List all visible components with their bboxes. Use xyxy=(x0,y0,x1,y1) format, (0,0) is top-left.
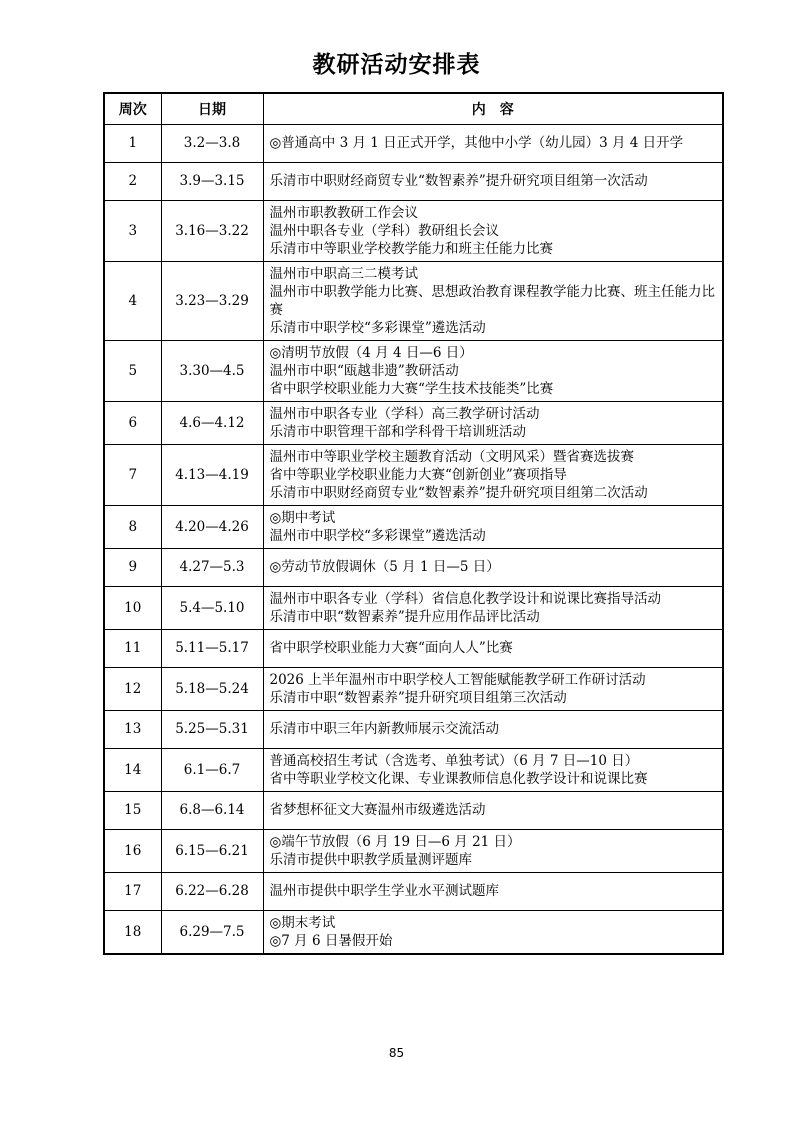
content-line: 乐清市中等职业学校教学能力和班主任能力比赛 xyxy=(270,240,721,258)
content-line: 乐清市中职管理干部和学科骨干培训班活动 xyxy=(270,423,721,441)
table-row: 2 3.9—3.15 乐清市中职财经商贸专业“数智素养”提升研究项目组第一次活动 xyxy=(104,162,723,200)
table-row: 10 5.4—5.10 温州市中职各专业（学科）省信息化教学设计和说课比赛指导活… xyxy=(104,586,723,629)
content-cell: 温州市职教教研工作会议温州中职各专业（学科）教研组长会议乐清市中等职业学校教学能… xyxy=(263,200,723,261)
content-line: 乐清市中职学校“多彩课堂”遴选活动 xyxy=(270,319,721,337)
week-cell: 2 xyxy=(104,162,161,200)
date-cell: 3.2—3.8 xyxy=(161,124,263,162)
content-cell: ◎劳动节放假调休（5 月 1 日—5 日） xyxy=(263,548,723,586)
date-cell: 4.20—4.26 xyxy=(161,505,263,548)
week-cell: 9 xyxy=(104,548,161,586)
content-line: 2026 上半年温州市中职学校人工智能赋能教学研工作研讨活动 xyxy=(270,671,721,689)
table-row: 16 6.15—6.21 ◎端午节放假（6 月 19 日—6 月 21 日）乐清… xyxy=(104,829,723,872)
week-cell: 14 xyxy=(104,748,161,791)
week-cell: 12 xyxy=(104,667,161,710)
content-line: 乐清市中职财经商贸专业“数智素养”提升研究项目组第一次活动 xyxy=(270,172,721,190)
table-row: 14 6.1—6.7 普通高校招生考试（含选考、单独考试）（6 月 7 日—10… xyxy=(104,748,723,791)
content-line: 温州市职教教研工作会议 xyxy=(270,204,721,222)
week-cell: 13 xyxy=(104,710,161,748)
week-cell: 3 xyxy=(104,200,161,261)
date-cell: 5.11—5.17 xyxy=(161,629,263,667)
header-content: 内 容 xyxy=(263,93,723,124)
content-line: ◎期末考试 xyxy=(270,914,721,932)
content-line: 乐清市提供中职教学质量测评题库 xyxy=(270,851,721,869)
content-line: 乐清市中职财经商贸专业“数智素养”提升研究项目组第二次活动 xyxy=(270,484,721,502)
content-line: 省中等职业学校职业能力大赛“创新创业”赛项指导 xyxy=(270,466,721,484)
week-cell: 11 xyxy=(104,629,161,667)
content-line: 乐清市中职“数智素养”提升研究项目组第三次活动 xyxy=(270,689,721,707)
content-cell: ◎清明节放假（4 月 4 日—6 日）温州市中职“瓯越非遗”教研活动省中职学校职… xyxy=(263,340,723,401)
table-row: 8 4.20—4.26 ◎期中考试温州市中职学校“多彩课堂”遴选活动 xyxy=(104,505,723,548)
content-cell: ◎普通高中 3 月 1 日正式开学，其他中小学（幼儿园）3 月 4 日开学 xyxy=(263,124,723,162)
date-cell: 5.4—5.10 xyxy=(161,586,263,629)
date-cell: 3.23—3.29 xyxy=(161,261,263,340)
content-line: ◎清明节放假（4 月 4 日—6 日） xyxy=(270,344,721,362)
content-line: ◎7 月 6 日暑假开始 xyxy=(270,932,721,950)
content-cell: ◎期中考试温州市中职学校“多彩课堂”遴选活动 xyxy=(263,505,723,548)
content-cell: 2026 上半年温州市中职学校人工智能赋能教学研工作研讨活动乐清市中职“数智素养… xyxy=(263,667,723,710)
content-line: 温州中职各专业（学科）教研组长会议 xyxy=(270,222,721,240)
table-row: 7 4.13—4.19 温州市中等职业学校主题教育活动（文明风采）暨省赛选拔赛省… xyxy=(104,444,723,505)
week-cell: 18 xyxy=(104,910,161,954)
date-cell: 4.27—5.3 xyxy=(161,548,263,586)
content-line: ◎期中考试 xyxy=(270,509,721,527)
content-line: 温州市中职教学能力比赛、思想政治教育课程教学能力比赛、班主任能力比赛 xyxy=(270,283,721,319)
header-date: 日期 xyxy=(161,93,263,124)
content-line: 省中职学校职业能力大赛“面向人人”比赛 xyxy=(270,639,721,657)
content-line: 乐清市中职“数智素养”提升应用作品评比活动 xyxy=(270,608,721,626)
table-row: 9 4.27—5.3 ◎劳动节放假调休（5 月 1 日—5 日） xyxy=(104,548,723,586)
content-line: 温州市中职高三二模考试 xyxy=(270,265,721,283)
table-row: 6 4.6—4.12 温州市中职各专业（学科）高三教学研讨活动乐清市中职管理干部… xyxy=(104,401,723,444)
table-row: 12 5.18—5.24 2026 上半年温州市中职学校人工智能赋能教学研工作研… xyxy=(104,667,723,710)
header-row: 周次 日期 内 容 xyxy=(104,93,723,124)
week-cell: 5 xyxy=(104,340,161,401)
content-line: 温州市中职各专业（学科）高三教学研讨活动 xyxy=(270,405,721,423)
date-cell: 4.6—4.12 xyxy=(161,401,263,444)
table-row: 17 6.22—6.28 温州市提供中职学生学业水平测试题库 xyxy=(104,872,723,910)
content-cell: 温州市中职各专业（学科）高三教学研讨活动乐清市中职管理干部和学科骨干培训班活动 xyxy=(263,401,723,444)
schedule-table: 周次 日期 内 容 1 3.2—3.8 ◎普通高中 3 月 1 日正式开学，其他… xyxy=(103,92,724,955)
week-cell: 8 xyxy=(104,505,161,548)
date-cell: 6.1—6.7 xyxy=(161,748,263,791)
date-cell: 6.22—6.28 xyxy=(161,872,263,910)
content-line: 温州市中职“瓯越非遗”教研活动 xyxy=(270,362,721,380)
table-row: 15 6.8—6.14 省梦想杯征文大赛温州市级遴选活动 xyxy=(104,791,723,829)
date-cell: 4.13—4.19 xyxy=(161,444,263,505)
content-line: 省中职学校职业能力大赛“学生技术技能类”比赛 xyxy=(270,380,721,398)
content-cell: 温州市提供中职学生学业水平测试题库 xyxy=(263,872,723,910)
content-line: 温州市中职学校“多彩课堂”遴选活动 xyxy=(270,527,721,545)
week-cell: 10 xyxy=(104,586,161,629)
header-week: 周次 xyxy=(104,93,161,124)
table-row: 1 3.2—3.8 ◎普通高中 3 月 1 日正式开学，其他中小学（幼儿园）3 … xyxy=(104,124,723,162)
content-cell: 温州市中等职业学校主题教育活动（文明风采）暨省赛选拔赛省中等职业学校职业能力大赛… xyxy=(263,444,723,505)
table-row: 4 3.23—3.29 温州市中职高三二模考试温州市中职教学能力比赛、思想政治教… xyxy=(104,261,723,340)
week-cell: 7 xyxy=(104,444,161,505)
content-cell: 省梦想杯征文大赛温州市级遴选活动 xyxy=(263,791,723,829)
content-cell: 乐清市中职三年内新教师展示交流活动 xyxy=(263,710,723,748)
content-cell: 温州市中职各专业（学科）省信息化教学设计和说课比赛指导活动乐清市中职“数智素养”… xyxy=(263,586,723,629)
date-cell: 5.18—5.24 xyxy=(161,667,263,710)
date-cell: 3.16—3.22 xyxy=(161,200,263,261)
date-cell: 6.15—6.21 xyxy=(161,829,263,872)
content-line: 普通高校招生考试（含选考、单独考试）（6 月 7 日—10 日） xyxy=(270,752,721,770)
content-cell: 温州市中职高三二模考试温州市中职教学能力比赛、思想政治教育课程教学能力比赛、班主… xyxy=(263,261,723,340)
content-line: 省梦想杯征文大赛温州市级遴选活动 xyxy=(270,801,721,819)
content-line: 温州市中职各专业（学科）省信息化教学设计和说课比赛指导活动 xyxy=(270,590,721,608)
content-cell: ◎端午节放假（6 月 19 日—6 月 21 日）乐清市提供中职教学质量测评题库 xyxy=(263,829,723,872)
content-line: ◎劳动节放假调休（5 月 1 日—5 日） xyxy=(270,558,721,576)
week-cell: 15 xyxy=(104,791,161,829)
week-cell: 1 xyxy=(104,124,161,162)
content-line: ◎普通高中 3 月 1 日正式开学，其他中小学（幼儿园）3 月 4 日开学 xyxy=(270,134,721,152)
content-line: ◎端午节放假（6 月 19 日—6 月 21 日） xyxy=(270,833,721,851)
date-cell: 5.25—5.31 xyxy=(161,710,263,748)
content-line: 乐清市中职三年内新教师展示交流活动 xyxy=(270,720,721,738)
content-line: 温州市中等职业学校主题教育活动（文明风采）暨省赛选拔赛 xyxy=(270,448,721,466)
date-cell: 6.8—6.14 xyxy=(161,791,263,829)
week-cell: 4 xyxy=(104,261,161,340)
date-cell: 3.30—4.5 xyxy=(161,340,263,401)
content-cell: 省中职学校职业能力大赛“面向人人”比赛 xyxy=(263,629,723,667)
content-cell: 乐清市中职财经商贸专业“数智素养”提升研究项目组第一次活动 xyxy=(263,162,723,200)
content-line: 温州市提供中职学生学业水平测试题库 xyxy=(270,882,721,900)
date-cell: 3.9—3.15 xyxy=(161,162,263,200)
table-row: 11 5.11—5.17 省中职学校职业能力大赛“面向人人”比赛 xyxy=(104,629,723,667)
content-cell: 普通高校招生考试（含选考、单独考试）（6 月 7 日—10 日）省中等职业学校文… xyxy=(263,748,723,791)
page-title: 教研活动安排表 xyxy=(0,0,793,79)
week-cell: 16 xyxy=(104,829,161,872)
date-cell: 6.29—7.5 xyxy=(161,910,263,954)
table-row: 5 3.30—4.5 ◎清明节放假（4 月 4 日—6 日）温州市中职“瓯越非遗… xyxy=(104,340,723,401)
document-page: 教研活动安排表 周次 日期 内 容 1 3.2—3.8 ◎普通高中 3 月 1 … xyxy=(0,0,793,1122)
table-row: 3 3.16—3.22 温州市职教教研工作会议温州中职各专业（学科）教研组长会议… xyxy=(104,200,723,261)
week-cell: 6 xyxy=(104,401,161,444)
table-row: 13 5.25—5.31 乐清市中职三年内新教师展示交流活动 xyxy=(104,710,723,748)
table-row: 18 6.29—7.5 ◎期末考试◎7 月 6 日暑假开始 xyxy=(104,910,723,954)
content-line: 省中等职业学校文化课、专业课教师信息化教学设计和说课比赛 xyxy=(270,770,721,788)
week-cell: 17 xyxy=(104,872,161,910)
page-number: 85 xyxy=(0,1046,793,1060)
content-cell: ◎期末考试◎7 月 6 日暑假开始 xyxy=(263,910,723,954)
